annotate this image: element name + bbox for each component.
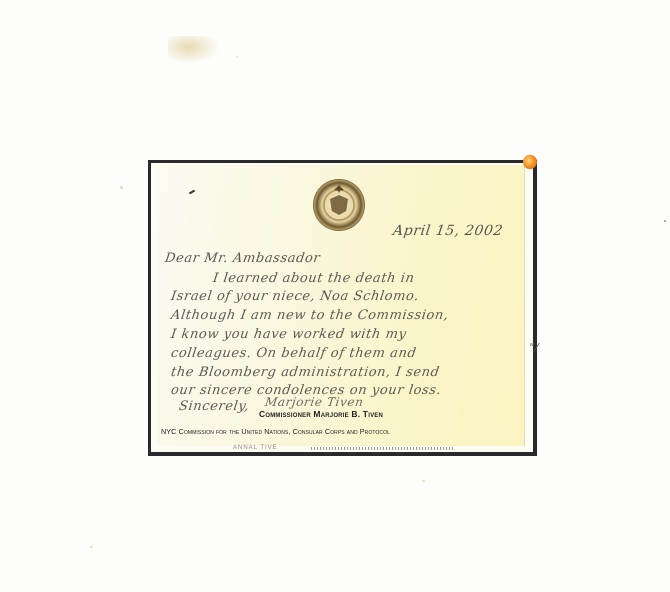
printed-organization: NYC Commission for the United Nations, C… <box>161 427 390 436</box>
note-card-paper: April 15, 2002 Dear Mr. Ambassador I lea… <box>157 165 525 446</box>
body-line: Israel of your niece, Noa Schlomo. <box>170 289 420 304</box>
push-pin-icon <box>523 155 537 169</box>
paper-stain <box>168 36 220 64</box>
body-line: I learned about the death in <box>212 271 416 286</box>
speck <box>664 220 666 222</box>
dotted-rule <box>311 447 455 450</box>
pen-mark <box>189 190 195 195</box>
printed-name: Commissioner Marjorie B. Tiven <box>259 409 383 419</box>
body-line: Although I am new to the Commission, <box>170 308 450 323</box>
shield-icon <box>330 195 348 215</box>
seal-of-new-york-city-icon <box>313 179 365 231</box>
speck <box>236 56 238 58</box>
speck <box>120 186 123 189</box>
note-card-frame: April 15, 2002 Dear Mr. Ambassador I lea… <box>148 160 537 456</box>
speck <box>422 480 425 482</box>
body-line: I know you have worked with my <box>170 327 408 342</box>
margin-mark: "/ <box>528 341 540 354</box>
salutation: Dear Mr. Ambassador <box>164 251 321 266</box>
eagle-icon <box>334 185 344 193</box>
letter-date: April 15, 2002 <box>392 223 504 239</box>
signature: Marjorie Tiven <box>264 395 364 409</box>
faded-footer-text: ANNAL TIVE <box>233 445 278 451</box>
body-line: the Bloomberg administration, I send <box>170 365 441 380</box>
speck <box>90 546 93 548</box>
body-line: colleagues. On behalf of them and <box>170 346 417 361</box>
closing: Sincerely, <box>178 399 250 414</box>
